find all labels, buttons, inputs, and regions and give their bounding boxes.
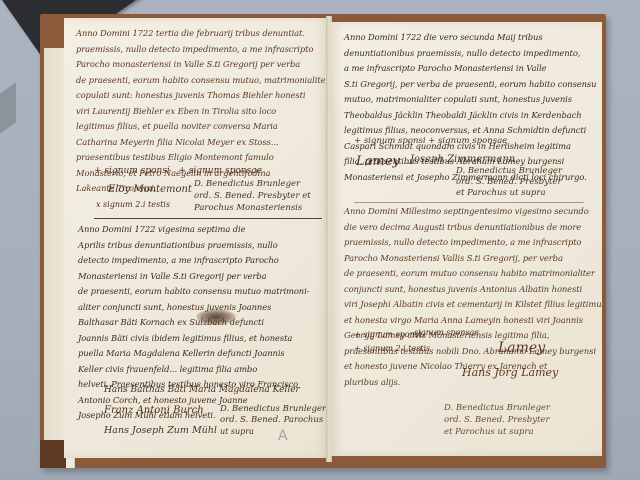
text-line: praemissis, nullo detecto impedimento, a… (344, 235, 602, 251)
entry-separator (354, 202, 584, 203)
text-line: Keller civis frauenfeld... legitima fili… (78, 362, 309, 378)
signature-marks: + signum sponsi + signum sponsae (94, 166, 262, 176)
sponsa-mark: + signum sponsae (428, 136, 507, 146)
text-line: viri Josephi Albatin civis et cementarij… (344, 297, 602, 313)
text-line: a me infrascripto Parocho Monasteriensi … (344, 61, 596, 77)
sponsa-mark: signum sponsae (414, 328, 479, 337)
left-page: Anno Domini 1722 tertia die februarij tr… (64, 18, 328, 458)
signature-marks: + signum sponsi + signum sponsae (354, 136, 507, 146)
priest-line: et Parochus ut supra (444, 426, 550, 438)
text-line: Anno Domini Millesimo septingentesimo vi… (344, 204, 602, 220)
text-line: puella Maria Magdalena Kellerin defuncti… (78, 346, 309, 362)
priest-line: ord. S. Bened. Presbyter et (194, 190, 311, 202)
signature: Hans Balthas Bäti Maria Magdalena Keller (104, 380, 300, 400)
pencil-mark: A (278, 428, 288, 444)
text-line: S.ti Gregorij, per verba de praesenti, e… (344, 77, 596, 93)
sponsa-mark: + signum sponsae (178, 166, 262, 176)
entry-separator (94, 218, 322, 219)
text-line: Joannis Bäti civis ibidem legitimus fili… (78, 331, 309, 347)
witness-signature: Eloy Montemont (108, 184, 192, 195)
witness-mark: x signum 2.i testis (96, 200, 170, 209)
text-line: die vero decima Augusti tribus denuntiat… (344, 220, 602, 236)
text-line: Parocho monasteriensi in Valle S.ti Greg… (76, 57, 328, 73)
priest-line: ord. S. Bened. Presbyter (456, 177, 562, 188)
text-line: Balthasar Bäti Kornach ex Sulzbach defun… (78, 315, 309, 331)
text-line: Anno Domini 1722 die vero secunda Maij t… (344, 30, 596, 46)
priest-signature-1: D. Benedictus Brunleger ord. S. Bened. P… (194, 178, 311, 214)
text-line: Catharina Meyerin filia Nicolai Meyer ex… (76, 135, 328, 151)
right-page: Anno Domini 1722 die vero secunda Maij t… (330, 22, 602, 456)
right-entry-2: Anno Domini Millesimo septingentesimo vi… (344, 204, 602, 390)
priest-line: ut supra (220, 426, 326, 437)
text-line: Theobaldus Jäcklin Theobaldi Jäcklin civ… (344, 108, 596, 124)
text-line: copulati sunt: honestus juvenis Thomas B… (76, 88, 328, 104)
text-line: viri Laurentij Biehler ex Eben in Tiroli… (76, 104, 328, 120)
text-line: praemissis, nullo detecto impedimento, a… (76, 42, 328, 58)
text-line: legitimus filius, et puella noviter conv… (76, 119, 328, 135)
priest-line: et Parochus ut supra (456, 188, 562, 199)
priest-signature-3: D. Benedictus Brunleger ord. S. Bened. P… (456, 166, 562, 199)
text-line: Anno Domini 1722 vigesima septima die (78, 222, 309, 238)
text-line: de praesenti, eorum mutuo consensu habit… (344, 266, 602, 282)
signature-hans-jorg-lamey: Hans Jorg Lamey (462, 366, 558, 379)
sponsus-mark: + signum sponsi (354, 136, 426, 146)
priest-line: ord. S. Bened. Parochus (220, 415, 326, 426)
priest-line: D. Benedictus Brunleger (194, 178, 311, 190)
text-line: aliter conjuncti sunt, honestus juvenis … (78, 300, 309, 316)
signature-lamey: Lamey (356, 154, 400, 169)
text-line: Monasteriensi in Valle S.ti Gregorij per… (78, 269, 309, 285)
text-line: et honesta virgo Maria Anna Lameyin hone… (344, 313, 602, 329)
text-line: denuntiationibus praemissis, nullo detec… (344, 46, 596, 62)
testis-mark: + signum 2.i testis (354, 342, 430, 356)
signature-zimmermann: Joseph Zimmermann (410, 154, 515, 165)
signature-lamey: Lamey (498, 340, 545, 356)
text-line: Anno Domini 1722 tertia die februarij tr… (76, 26, 328, 42)
priest-signature-4: D. Benedictus Brunleger ord. S. Bened. P… (444, 402, 550, 438)
priest-line: D. Benedictus Brunleger (220, 404, 326, 415)
priest-line: ord. S. Bened. Presbyter (444, 414, 550, 426)
priest-signature-2: D. Benedictus Brunleger ord. S. Bened. P… (220, 404, 326, 437)
sponsus-mark: + signum sponsi (94, 166, 170, 176)
text-line: Aprilis tribus denuntiationibus praemiss… (78, 238, 309, 254)
text-line: praesentibus testibus Eligio Montemont f… (76, 150, 328, 166)
text-line: detecto impedimento, a me infrascripto P… (78, 253, 309, 269)
text-line: conjuncti sunt, honestus juvenis Antoniu… (344, 282, 602, 298)
text-line: mutuo, matrimonialiter copulati sunt, ho… (344, 92, 596, 108)
leather-corner (40, 440, 66, 468)
text-line: Parocho Monasteriensi Vallis S.ti Gregor… (344, 251, 602, 267)
priest-line: D. Benedictus Brunleger (444, 402, 550, 414)
text-line: de praesenti, eorum habito consensu mutu… (76, 73, 328, 89)
priest-line: Parochus Monasteriensis (194, 202, 311, 214)
text-line: de praesenti, eorum habito consensu mutu… (78, 284, 309, 300)
ink-stain (196, 309, 236, 325)
priest-line: D. Benedictus Brunleger (456, 166, 562, 177)
